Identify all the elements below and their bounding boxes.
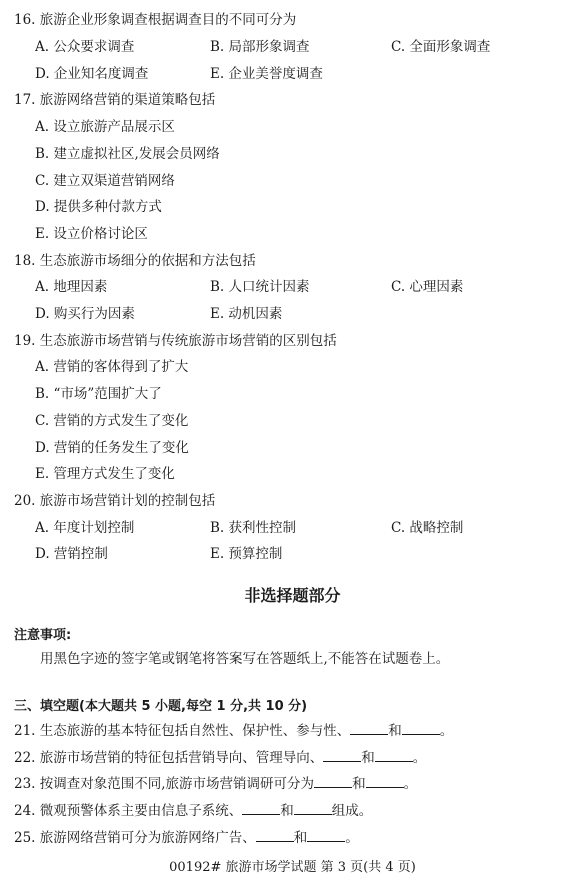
question-16-stem: 16. 旅游企业形象调查根据调查目的不同可分为 (14, 11, 296, 29)
notice-body: 用黑色字迹的签字笔或钢笔将答案写在答题纸上,不能答在试题卷上。 (40, 647, 449, 667)
q19-option-b: B. “市场”范围扩大了 (35, 385, 162, 403)
q17-option-e: E. 设立价格讨论区 (35, 225, 148, 243)
q21-text: 21. 生态旅游的基本特征包括自然性、保护性、参与性、 (14, 723, 350, 739)
q24-blank-2 (294, 801, 332, 815)
q24-and: 和 (280, 803, 294, 819)
question-23: 23. 按调查对象范围不同,旅游市场营销调研可分为和。 (14, 774, 417, 793)
q25-blank-2 (307, 828, 345, 842)
q18-option-a: A. 地理因素 (35, 278, 107, 296)
question-21: 21. 生态旅游的基本特征包括自然性、保护性、参与性、和。 (14, 721, 453, 740)
q23-blank-1 (314, 774, 352, 788)
page-footer: 00192# 旅游市场学试题 第 3 页(共 4 页) (0, 856, 585, 875)
q23-end: 。 (404, 776, 418, 792)
q19-option-c: C. 营销的方式发生了变化 (35, 412, 188, 430)
q21-and: 和 (388, 723, 402, 739)
q23-blank-2 (366, 774, 404, 788)
q19-option-a: A. 营销的客体得到了扩大 (35, 358, 188, 376)
q19-option-e: E. 管理方式发生了变化 (35, 465, 175, 483)
q17-option-d: D. 提供多种付款方式 (35, 198, 162, 216)
q18-option-c: C. 心理因素 (391, 278, 463, 296)
q25-and: 和 (294, 830, 308, 846)
q16-option-d: D. 企业知名度调查 (35, 65, 148, 83)
q16-option-b: B. 局部形象调查 (210, 38, 310, 56)
question-25: 25. 旅游网络营销可分为旅游网络广告、和。 (14, 828, 359, 847)
q16-option-a: A. 公众要求调查 (35, 38, 134, 56)
q17-option-a: A. 设立旅游产品展示区 (35, 118, 175, 136)
q22-and: 和 (361, 750, 375, 766)
question-24: 24. 微观预警体系主要由信息子系统、和组成。 (14, 801, 372, 820)
q18-option-d: D. 购买行为因素 (35, 305, 135, 323)
part3-heading: 三、填空题(本大题共 5 小题,每空 1 分,共 10 分) (14, 695, 307, 714)
q23-text: 23. 按调查对象范围不同,旅游市场营销调研可分为 (14, 776, 314, 792)
question-19-stem: 19. 生态旅游市场营销与传统旅游市场营销的区别包括 (14, 332, 337, 350)
q25-end: 。 (345, 830, 359, 846)
q16-option-e: E. 企业美誉度调查 (210, 65, 323, 83)
q17-option-c: C. 建立双渠道营销网络 (35, 172, 175, 190)
q18-option-e: E. 动机因素 (210, 305, 282, 323)
question-22: 22. 旅游市场营销的特征包括营销导向、管理导向、和。 (14, 748, 426, 767)
q22-blank-2 (375, 748, 413, 762)
q25-text: 25. 旅游网络营销可分为旅游网络广告、 (14, 830, 256, 846)
q23-and: 和 (352, 776, 366, 792)
q24-end: 组成。 (332, 803, 373, 819)
q24-blank-1 (242, 801, 280, 815)
q20-option-a: A. 年度计划控制 (35, 519, 134, 537)
q25-blank-1 (256, 828, 294, 842)
q17-option-b: B. 建立虚拟社区,发展会员网络 (35, 145, 220, 163)
q22-end: 。 (413, 750, 427, 766)
q16-option-c: C. 全面形象调查 (391, 38, 490, 56)
question-20-stem: 20. 旅游市场营销计划的控制包括 (14, 492, 215, 510)
q22-text: 22. 旅游市场营销的特征包括营销导向、管理导向、 (14, 750, 323, 766)
q20-option-b: B. 获利性控制 (210, 519, 296, 537)
q21-blank-2 (402, 721, 440, 735)
notice-heading: 注意事项: (14, 624, 71, 643)
q20-option-e: E. 预算控制 (210, 545, 282, 563)
q21-blank-1 (350, 721, 388, 735)
q24-text: 24. 微观预警体系主要由信息子系统、 (14, 803, 242, 819)
question-18-stem: 18. 生态旅游市场细分的依据和方法包括 (14, 252, 256, 270)
q19-option-d: D. 营销的任务发生了变化 (35, 439, 189, 457)
q22-blank-1 (323, 748, 361, 762)
q21-end: 。 (440, 723, 454, 739)
question-17-stem: 17. 旅游网络营销的渠道策略包括 (14, 91, 215, 109)
q20-option-c: C. 战略控制 (391, 519, 463, 537)
q20-option-d: D. 营销控制 (35, 545, 108, 563)
q18-option-b: B. 人口统计因素 (210, 278, 310, 296)
section-title: 非选择题部分 (0, 583, 585, 606)
